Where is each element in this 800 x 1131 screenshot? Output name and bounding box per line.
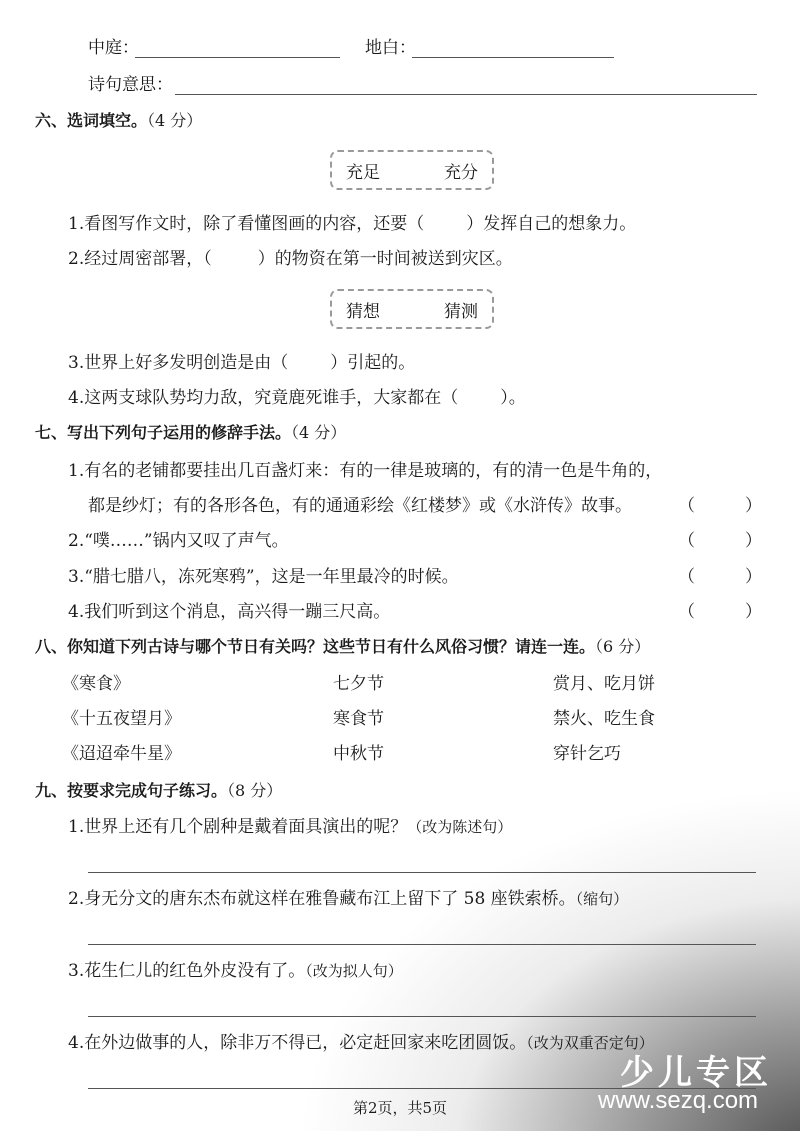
sentence-item-2: 2.身无分文的唐东杰布就这样在雅鲁藏布江上留下了 58 座铁索桥。（缩句） [68,888,628,910]
fill-item-2: 2.经过周密部署，（）的物资在第一时间被送到灾区。 [68,248,513,270]
section8-title: 八、你知道下列古诗与哪个节日有关吗？这些节日有什么风俗习惯？请连一连。 [35,637,595,656]
answer-paren-open[interactable]: （ [678,495,695,517]
answer-paren-open[interactable]: （ [678,530,695,552]
section9-title: 九、按要求完成句子练习。 [35,781,227,800]
courtyard-label: 中庭： [88,37,139,59]
word-option: 猜测 [444,297,478,322]
section6-points: （4 分） [147,111,202,130]
poem-item[interactable]: 《迢迢牵牛星》 [62,743,181,765]
rhetoric-item-1-line1: 1.有名的老铺都要挂出几百盏灯来：有的一律是玻璃的，有的清一色是牛角的， [68,460,662,482]
festival-item[interactable]: 寒食节 [333,708,384,730]
custom-item[interactable]: 赏月、吃月饼 [553,673,655,695]
watermark-url: www.sezq.com [598,1087,758,1115]
answer-paren-open[interactable]: （ [678,566,695,588]
poem-item[interactable]: 《十五夜望月》 [62,708,181,730]
section7-heading: 七、写出下列句子运用的修辞手法。（4 分） [35,422,346,444]
rhetoric-item-3: 3.“腊七腊八，冻死寒鸦”，这是一年里最冷的时候。 [68,566,459,588]
fill-item-1: 1.看图写作文时，除了看懂图画的内容，还要（）发挥自己的想象力。 [68,213,636,235]
section9-points: （8 分） [227,781,282,800]
answer-paren-close[interactable]: ） [745,601,762,623]
rhetoric-item-4: 4.我们听到这个消息，高兴得一蹦三尺高。 [68,601,390,623]
custom-item[interactable]: 禁火、吃生食 [553,708,655,730]
word-option: 猜想 [346,297,380,322]
section7-title: 七、写出下列句子运用的修辞手法。 [35,423,291,442]
meaning-answer-line[interactable] [175,94,757,95]
instruction: （缩句） [576,890,629,908]
section6-heading: 六、选词填空。（4 分） [35,110,202,132]
sentence-item-4: 4.在外边做事的人，除非万不得已，必定赶回家来吃团圆饭。（改为双重否定句） [68,1032,654,1054]
fill-item-4: 4.这两支球队势均力敌，究竟鹿死谁手，大家都在（）。 [68,387,526,409]
section7-points: （4 分） [291,423,346,442]
festival-item[interactable]: 中秋节 [333,743,384,765]
ground-white-label: 地白： [365,37,416,59]
instruction: （改为拟人句） [305,962,403,980]
meaning-label: 诗句意思： [88,74,173,96]
answer-paren-close[interactable]: ） [745,530,762,552]
word-box-2: 猜想 猜测 [330,289,494,329]
section6-title: 六、选词填空。 [35,111,147,130]
answer-paren-close[interactable]: ） [745,495,762,517]
ground-white-answer-line[interactable] [412,57,614,58]
rhetoric-item-2: 2.“噗……”锅内又叹了声气。 [68,530,289,552]
section8-points: （6 分） [595,637,650,656]
courtyard-answer-line[interactable] [135,57,340,58]
answer-line-3[interactable] [88,1016,756,1017]
answer-paren-close[interactable]: ） [745,566,762,588]
section8-heading: 八、你知道下列古诗与哪个节日有关吗？这些节日有什么风俗习惯？请连一连。（6 分） [35,636,650,658]
word-option: 充分 [444,158,478,183]
rhetoric-item-1-line2: 都是纱灯；有的各形各色，有的通通彩绘《红楼梦》或《水浒传》故事。 [88,495,632,517]
answer-paren-open[interactable]: （ [678,601,695,623]
sentence-item-3: 3.花生仁儿的红色外皮没有了。（改为拟人句） [68,960,403,982]
custom-item[interactable]: 穿针乞巧 [553,743,621,765]
poem-item[interactable]: 《寒食》 [62,673,130,695]
section9-heading: 九、按要求完成句子练习。（8 分） [35,780,282,802]
sentence-item-1: 1.世界上还有几个剧种是戴着面具演出的呢？（改为陈述句） [68,816,512,838]
instruction: （改为陈述句） [407,818,512,836]
word-box-1: 充足 充分 [330,150,494,190]
fill-item-3: 3.世界上好多发明创造是由（）引起的。 [68,352,415,374]
answer-line-1[interactable] [88,872,756,873]
word-option: 充足 [346,158,380,183]
festival-item[interactable]: 七夕节 [333,673,384,695]
answer-line-2[interactable] [88,944,756,945]
